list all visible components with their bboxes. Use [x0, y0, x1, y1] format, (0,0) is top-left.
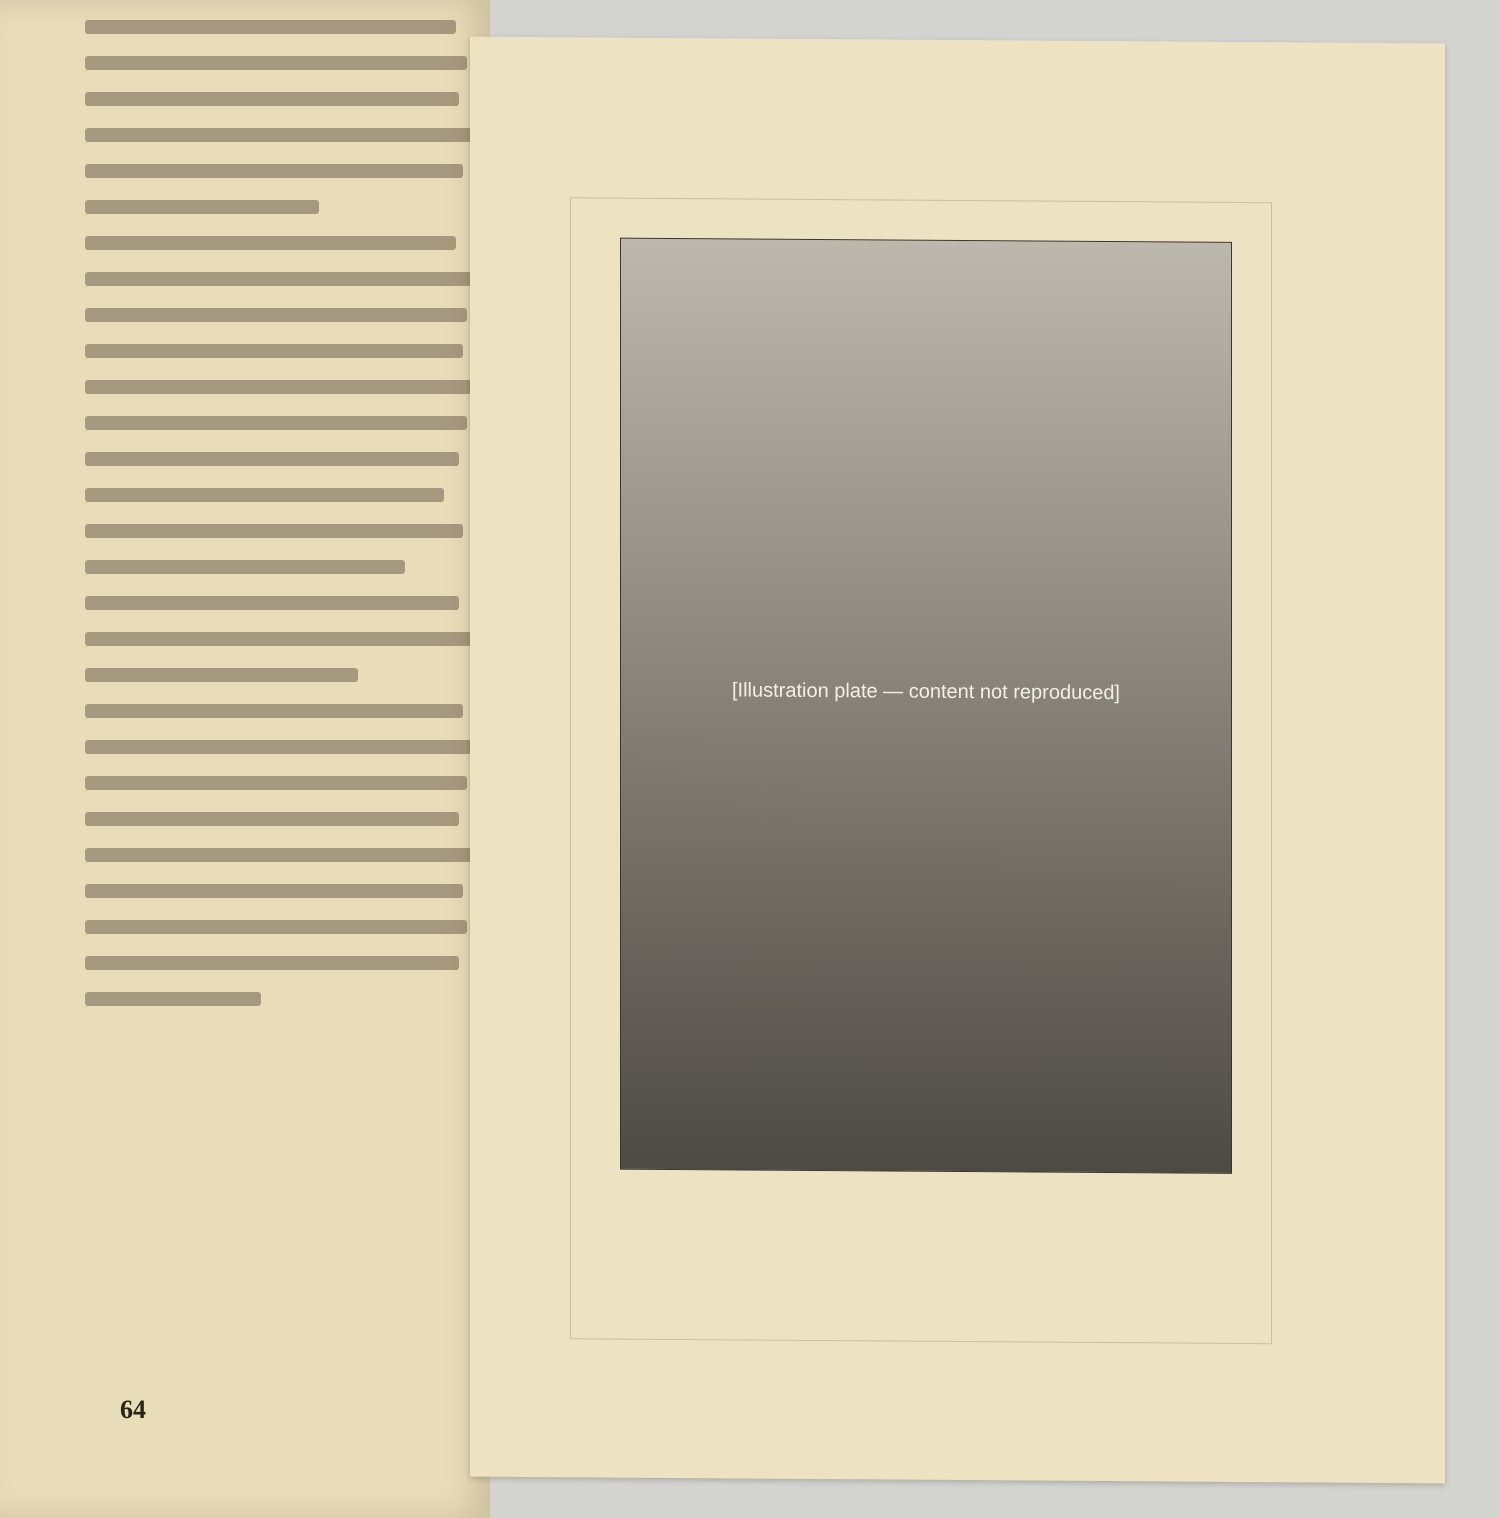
text-block-placeholder: [85, 20, 475, 1028]
plate-note: [Illustration plate — content not reprod…: [621, 679, 1231, 706]
left-page: 64: [0, 0, 490, 1518]
right-page: [Illustration plate — content not reprod…: [470, 37, 1445, 1484]
illustration-plate: [Illustration plate — content not reprod…: [620, 238, 1232, 1174]
page-number: 64: [120, 1395, 146, 1425]
